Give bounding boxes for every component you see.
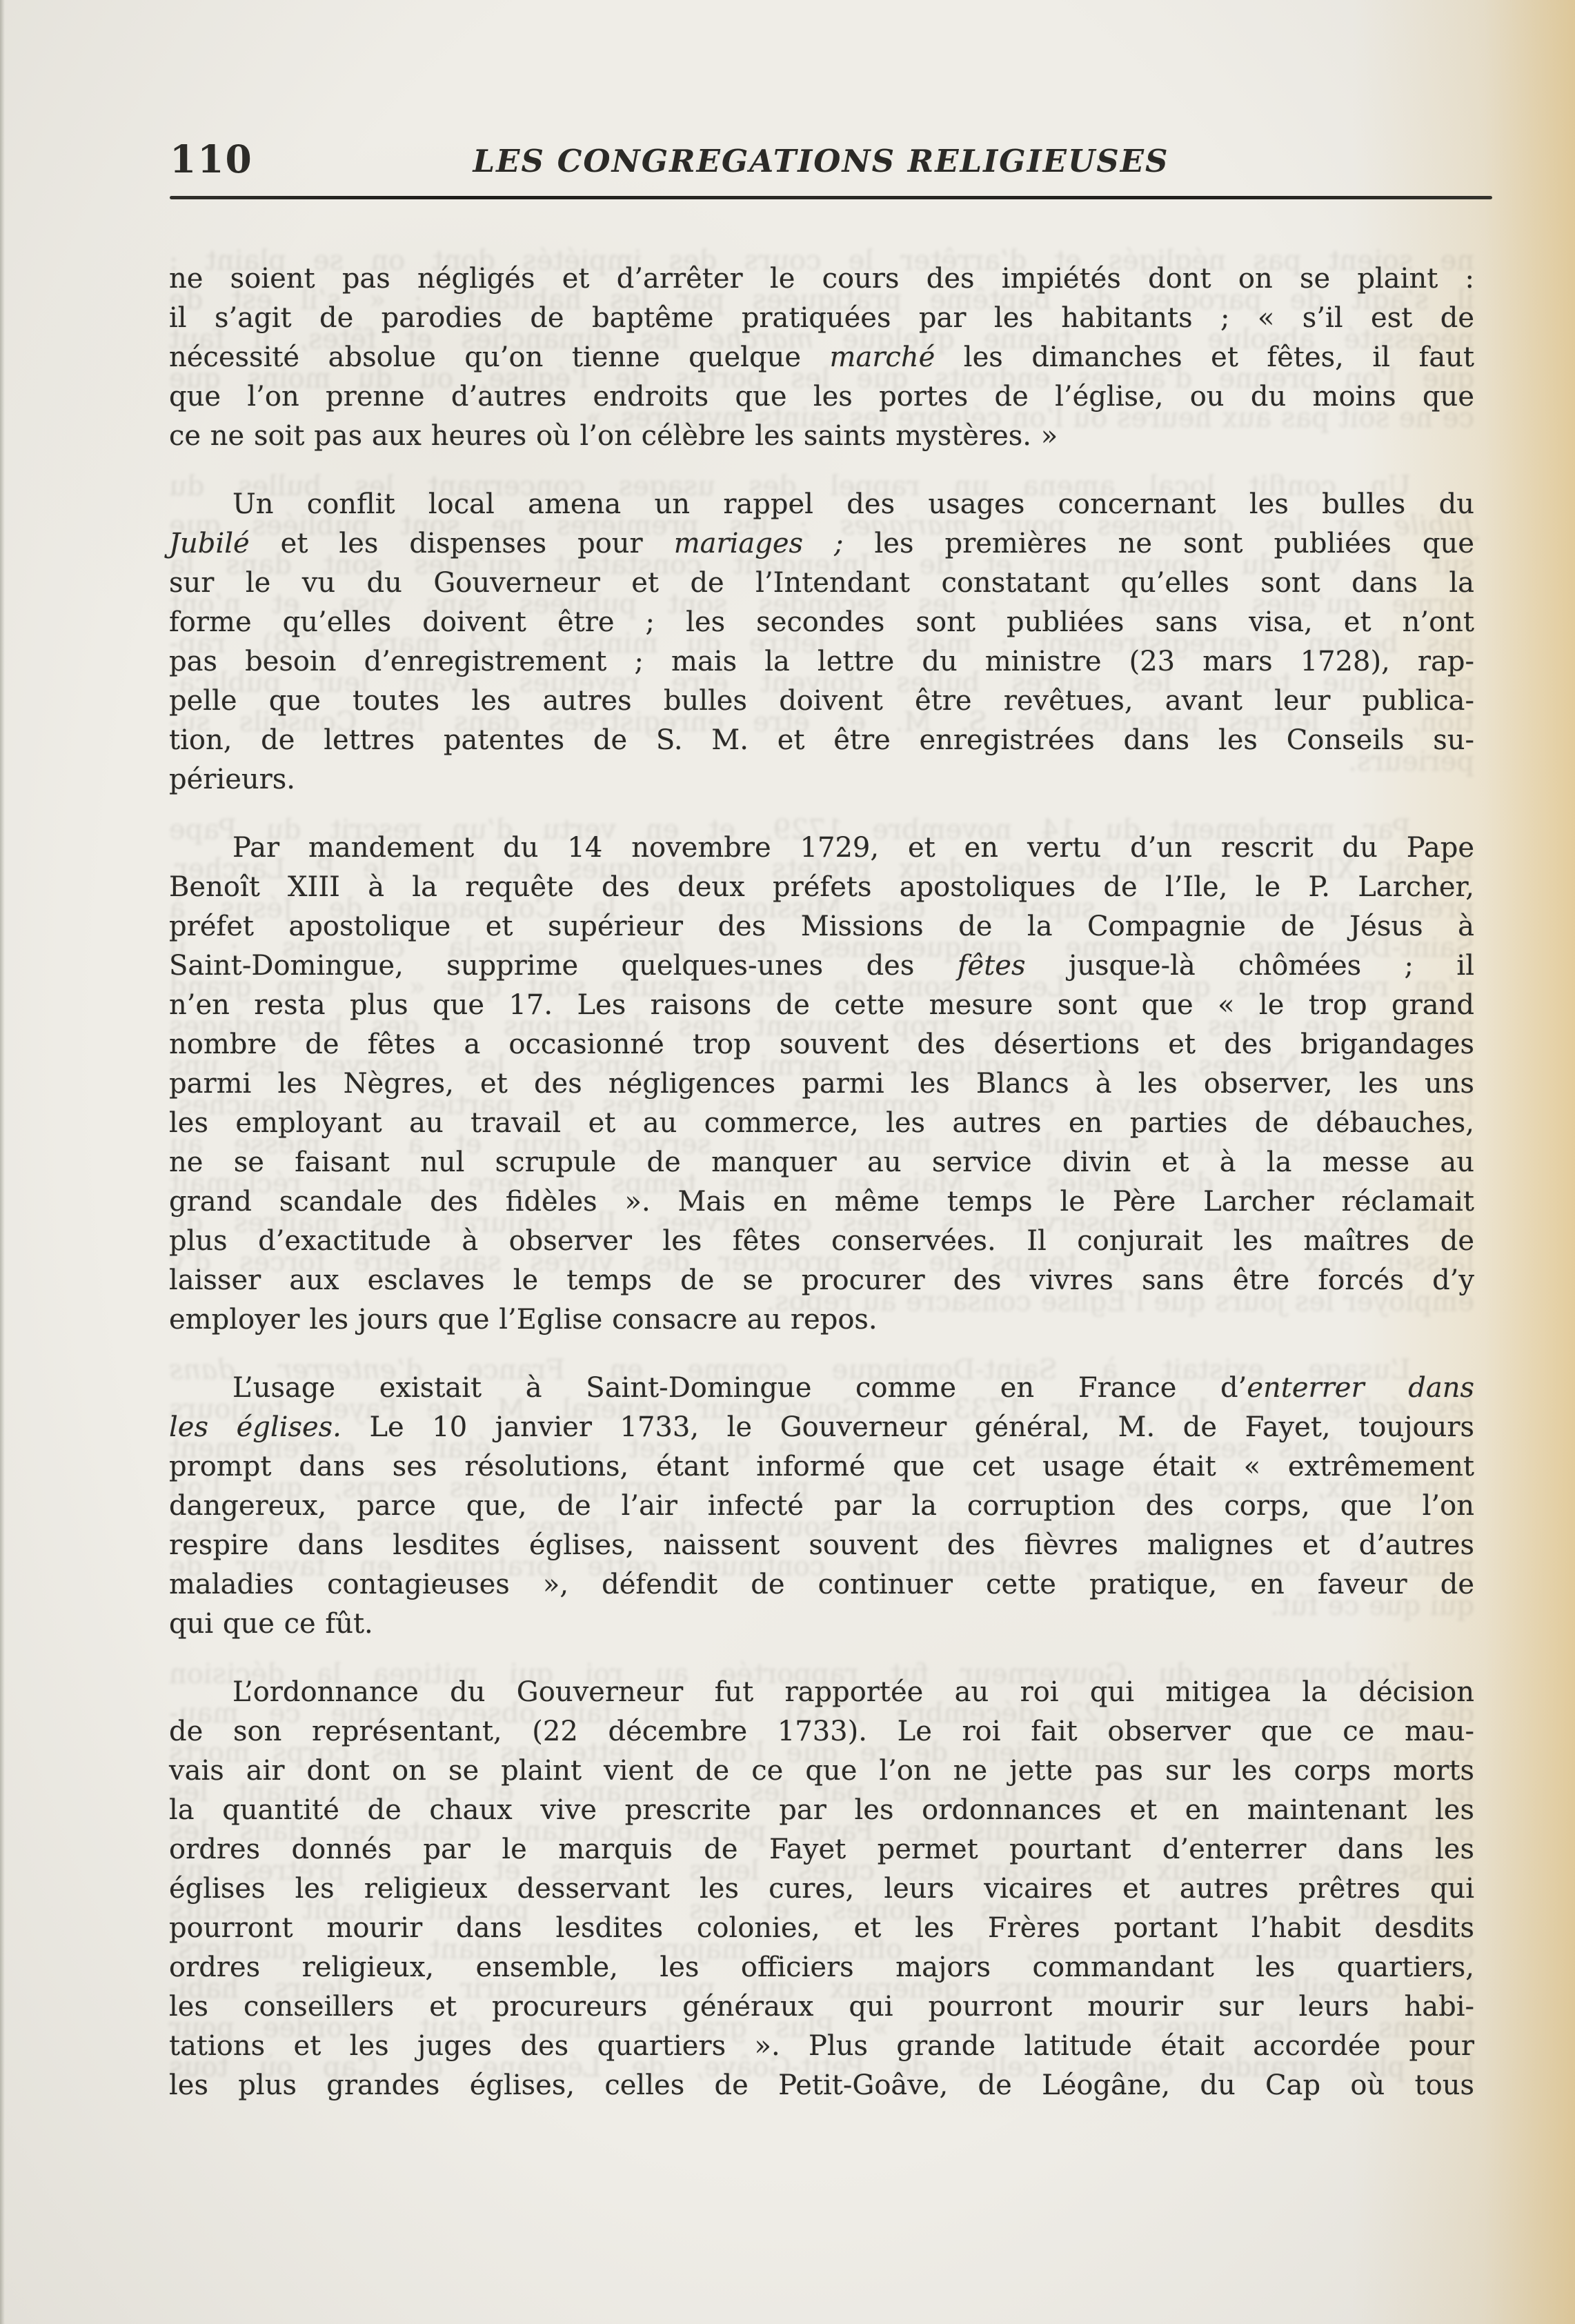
text-line: ne se faisant nul scrupule de manquer au…	[169, 1143, 1474, 1182]
text-segment: maladies contagieuses », défendit de con…	[169, 1569, 1474, 1600]
italic-text-segment: les églises.	[169, 1411, 341, 1443]
text-line: grand scandale des fidèles ». Mais en mê…	[169, 1182, 1474, 1222]
text-segment: qui que ce fût.	[169, 1608, 373, 1640]
text-segment: L’ordonnance du Gouverneur fut rapportée…	[232, 1676, 1474, 1708]
text-segment: les conseillers et procureurs généraux q…	[169, 1991, 1474, 2023]
text-line: la quantité de chaux vive prescrite par …	[169, 1791, 1474, 1830]
text-segment: respire dans lesdites églises, naissent …	[169, 1529, 1474, 1561]
text-segment: périeurs.	[169, 764, 295, 795]
text-segment: il s’agit de parodies de baptême pratiqu…	[169, 302, 1474, 334]
text-segment: ne soient pas négligés et d’arrêter le c…	[169, 263, 1474, 295]
text-line: dangereux, parce que, de l’air infecté p…	[169, 1487, 1474, 1526]
text-segment: nombre de fêtes a occasionné trop souven…	[169, 1029, 1474, 1060]
text-segment: L’usage existait à Saint-Domingue comme …	[232, 1372, 1247, 1404]
text-line: L’ordonnance du Gouverneur fut rapportée…	[169, 1673, 1474, 1712]
text-line: Benoît XIII à la requête des deux préfet…	[169, 868, 1474, 907]
text-line: forme qu’elles doivent être ; les second…	[169, 603, 1474, 642]
italic-text-segment: enterrer dans	[1247, 1372, 1474, 1404]
text-line: n’en resta plus que 17. Les raisons de c…	[169, 986, 1474, 1025]
text-line: sur le vu du Gouverneur et de l’Intendan…	[169, 564, 1474, 603]
paragraph: Par mandement du 14 novembre 1729, et en…	[169, 828, 1474, 1340]
text-segment: dangereux, parce que, de l’air infecté p…	[169, 1490, 1474, 1522]
text-segment: grand scandale des fidèles ». Mais en mê…	[169, 1186, 1474, 1218]
text-segment: plus d’exactitude à observer les fêtes c…	[169, 1225, 1474, 1257]
text-line: ne soient pas négligés et d’arrêter le c…	[169, 259, 1474, 299]
text-segment: laisser aux esclaves le temps de se proc…	[169, 1264, 1474, 1296]
text-line: ordres donnés par le marquis de Fayet pe…	[169, 1830, 1474, 1869]
text-line: nombre de fêtes a occasionné trop souven…	[169, 1025, 1474, 1064]
text-line: pelle que toutes les autres bulles doive…	[169, 682, 1474, 721]
paragraph: Un conflit local amena un rappel des usa…	[169, 485, 1474, 800]
text-line: L’usage existait à Saint-Domingue comme …	[169, 1369, 1474, 1408]
paragraph: ne soient pas négligés et d’arrêter le c…	[169, 259, 1474, 456]
text-segment: les premières ne sont publiées que	[844, 528, 1474, 559]
text-segment: préfet apostolique et supérieur des Miss…	[169, 911, 1474, 942]
text-line: laisser aux esclaves le temps de se proc…	[169, 1261, 1474, 1300]
header-rule	[170, 196, 1492, 199]
book-page-scan: ne soient pas négligés et d’arrêter le c…	[0, 0, 1575, 2324]
text-line: Saint-Domingue, supprime quelques-unes d…	[169, 946, 1474, 986]
text-line: qui que ce fût.	[169, 1605, 1474, 1644]
paragraph: L’usage existait à Saint-Domingue comme …	[169, 1369, 1474, 1644]
text-segment: employer les jours que l’Eglise consacre…	[169, 1304, 878, 1335]
text-line: Un conflit local amena un rappel des usa…	[169, 485, 1474, 524]
text-line: vais air dont on se plaint vient de ce q…	[169, 1751, 1474, 1791]
text-segment: les dimanches et fêtes, il faut	[935, 341, 1474, 373]
text-segment: vais air dont on se plaint vient de ce q…	[169, 1755, 1474, 1787]
text-line: les employant au travail et au commerce,…	[169, 1104, 1474, 1143]
text-line: pourront mourir dans lesdites colonies, …	[169, 1909, 1474, 1948]
text-line: préfet apostolique et supérieur des Miss…	[169, 907, 1474, 946]
text-segment: Par mandement du 14 novembre 1729, et en…	[232, 832, 1474, 864]
text-segment: Un conflit local amena un rappel des usa…	[232, 488, 1474, 520]
text-segment: ordres donnés par le marquis de Fayet pe…	[169, 1834, 1474, 1865]
page-body-text: ne soient pas négligés et d’arrêter le c…	[169, 259, 1474, 2134]
text-line: périeurs.	[169, 760, 1474, 800]
text-line: maladies contagieuses », défendit de con…	[169, 1565, 1474, 1605]
text-segment: la quantité de chaux vive prescrite par …	[169, 1794, 1474, 1826]
text-segment: pelle que toutes les autres bulles doive…	[169, 685, 1474, 717]
text-segment: Benoît XIII à la requête des deux préfet…	[169, 871, 1474, 903]
text-segment: sur le vu du Gouverneur et de l’Intendan…	[169, 567, 1474, 599]
text-line: parmi les Nègres, et des négligences par…	[169, 1064, 1474, 1104]
text-segment: pas besoin d’enregistrement ; mais la le…	[169, 646, 1474, 677]
text-segment: et les dispenses pour	[250, 528, 674, 559]
text-line: Par mandement du 14 novembre 1729, et en…	[169, 828, 1474, 868]
text-segment: les employant au travail et au commerce,…	[169, 1107, 1474, 1139]
italic-text-segment: fêtes	[958, 950, 1026, 982]
text-line: il s’agit de parodies de baptême pratiqu…	[169, 299, 1474, 338]
text-line: plus d’exactitude à observer les fêtes c…	[169, 1222, 1474, 1261]
text-segment: nécessité absolue qu’on tienne quelque	[169, 341, 830, 373]
text-segment: prompt dans ses résolutions, étant infor…	[169, 1451, 1474, 1482]
text-line: de son représentant, (22 décembre 1733).…	[169, 1712, 1474, 1751]
text-line: que l’on prenne d’autres endroits que le…	[169, 377, 1474, 417]
text-line: les églises. Le 10 janvier 1733, le Gouv…	[169, 1408, 1474, 1447]
text-segment: les plus grandes églises, celles de Peti…	[169, 2069, 1474, 2101]
text-segment: Le 10 janvier 1733, le Gouverneur généra…	[341, 1411, 1474, 1443]
text-segment: que l’on prenne d’autres endroits que le…	[169, 381, 1474, 413]
text-line: ce ne soit pas aux heures où l’on célèbr…	[169, 417, 1474, 456]
text-line: ordres religieux, ensemble, les officier…	[169, 1948, 1474, 1987]
text-segment: ce ne soit pas aux heures où l’on célèbr…	[169, 420, 1058, 452]
text-line: tion, de lettres patentes de S. M. et êt…	[169, 721, 1474, 760]
text-segment: tion, de lettres patentes de S. M. et êt…	[169, 724, 1474, 756]
text-line: nécessité absolue qu’on tienne quelque m…	[169, 338, 1474, 377]
text-segment: forme qu’elles doivent être ; les second…	[169, 606, 1474, 638]
text-segment: de son représentant, (22 décembre 1733).…	[169, 1716, 1474, 1747]
text-line: églises les religieux desservant les cur…	[169, 1869, 1474, 1909]
text-line: Jubilé et les dispenses pour mariages ; …	[169, 524, 1474, 564]
text-line: les conseillers et procureurs généraux q…	[169, 1987, 1474, 2027]
text-line: respire dans lesdites églises, naissent …	[169, 1526, 1474, 1565]
text-segment: ne se faisant nul scrupule de manquer au…	[169, 1146, 1474, 1178]
italic-text-segment: mariages ;	[674, 528, 844, 559]
text-segment: pourront mourir dans lesdites colonies, …	[169, 1912, 1474, 1944]
text-segment: parmi les Nègres, et des négligences par…	[169, 1068, 1474, 1100]
italic-text-segment: Jubilé	[169, 528, 250, 559]
text-line: pas besoin d’enregistrement ; mais la le…	[169, 642, 1474, 682]
text-segment: tations et les juges des quartiers ». Pl…	[169, 2030, 1474, 2062]
text-segment: Saint-Domingue, supprime quelques-unes d…	[169, 950, 958, 982]
text-segment: n’en resta plus que 17. Les raisons de c…	[169, 989, 1474, 1021]
paragraph: L’ordonnance du Gouverneur fut rapportée…	[169, 1673, 1474, 2105]
text-segment: églises les religieux desservant les cur…	[169, 1873, 1474, 1905]
italic-text-segment: marché	[830, 341, 935, 373]
text-segment: jusque-là chômées ; il	[1026, 950, 1475, 982]
text-line: employer les jours que l’Eglise consacre…	[169, 1300, 1474, 1340]
text-line: tations et les juges des quartiers ». Pl…	[169, 2027, 1474, 2066]
text-segment: ordres religieux, ensemble, les officier…	[169, 1951, 1474, 1983]
text-line: les plus grandes églises, celles de Peti…	[169, 2066, 1474, 2105]
running-title: LES CONGREGATIONS RELIGIEUSES	[169, 143, 1473, 179]
text-line: prompt dans ses résolutions, étant infor…	[169, 1447, 1474, 1487]
